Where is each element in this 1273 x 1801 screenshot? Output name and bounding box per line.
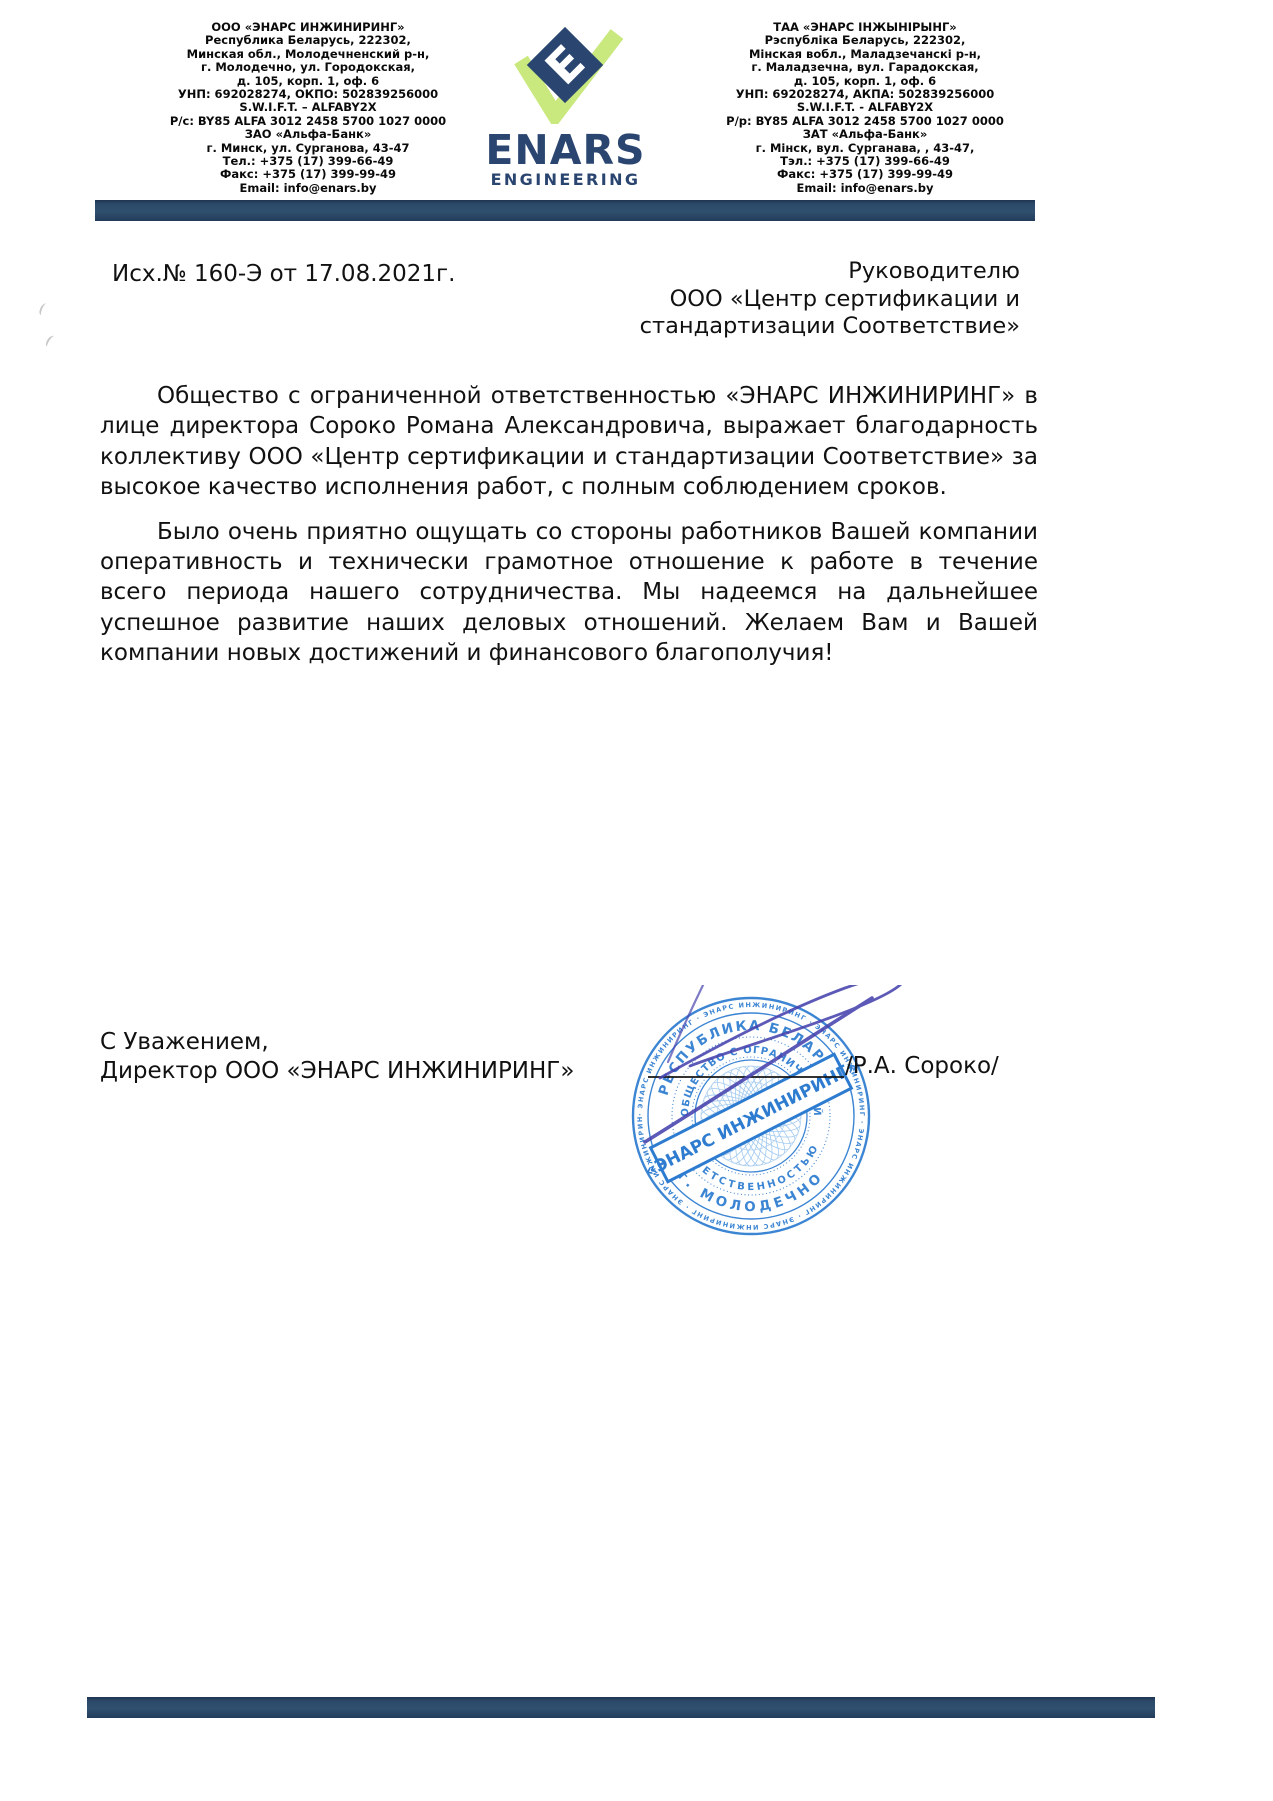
letterhead-line: г. Маладзечна, вул. Гарадокская, xyxy=(700,61,1030,74)
letterhead-line: Рэспубліка Беларусь, 222302, xyxy=(700,34,1030,47)
letterhead-russian-block: ООО «ЭНАРС ИНЖИНИРИНГ» Республика Белару… xyxy=(143,21,473,195)
letterhead-line: Р/с: BY85 ALFA 3012 2458 5700 1027 0000 xyxy=(143,115,473,128)
recipient-org-line: стандартизации Соответствие» xyxy=(623,313,1020,341)
letter-body: Общество с ограниченной ответственностью… xyxy=(100,381,1038,669)
letterhead-line: УНП: 692028274, ОКПО: 502839256000 xyxy=(143,88,473,101)
letterhead-line: д. 105, корп. 1, оф. 6 xyxy=(143,75,473,88)
company-stamp: · ЭНАРС ИНЖИНИРИНГ · ЭНАРС ИНЖИНИРИНГ · … xyxy=(560,985,980,1255)
letterhead-line: г. Минск, ул. Сурганова, 43-47 xyxy=(143,142,473,155)
letterhead-email-ru: Email: info@enars.by xyxy=(143,182,473,195)
company-name-ru: ООО «ЭНАРС ИНЖИНИРИНГ» xyxy=(143,21,473,34)
letterhead-line: д. 105, корп. 1, оф. 6 xyxy=(700,75,1030,88)
letterhead-line: Республика Беларусь, 222302, xyxy=(143,34,473,47)
divider-bar-bottom xyxy=(87,1697,1155,1718)
stamp-rings: · ЭНАРС ИНЖИНИРИНГ · ЭНАРС ИНЖИНИРИНГ · … xyxy=(560,985,869,1234)
logo-subtitle: ENGINEERING xyxy=(478,170,653,190)
scan-artifact xyxy=(38,302,50,317)
company-name-by: ТАА «ЭНАРС ІНЖЫНІРЫНГ» xyxy=(700,21,1030,34)
letterhead-belarusian-block: ТАА «ЭНАРС ІНЖЫНІРЫНГ» Рэспубліка Белару… xyxy=(700,21,1030,195)
letterhead-line: Мінская вобл., Маладзечанскі р-н, xyxy=(700,48,1030,61)
signer-title: Директор ООО «ЭНАРС ИНЖИНИРИНГ» xyxy=(100,1057,574,1086)
letterhead-line: Р/р: BY85 ALFA 3012 2458 5700 1027 0000 xyxy=(700,115,1030,128)
letterhead-email-by: Email: info@enars.by xyxy=(700,182,1030,195)
letterhead-line: ЗАО «Альфа-Банк» xyxy=(143,128,473,141)
paragraph-wishes: Было очень приятно ощущать со стороны ра… xyxy=(100,517,1038,669)
closing-block: С Уважением, Директор ООО «ЭНАРС ИНЖИНИР… xyxy=(100,1028,574,1085)
company-logo: E ENARS ENGINEERING xyxy=(478,14,653,190)
closing-salutation: С Уважением, xyxy=(100,1028,574,1057)
reference-number: Исх.№ 160-Э от 17.08.2021г. xyxy=(112,261,455,287)
letterhead-line: УНП: 692028274, АКПА: 502839256000 xyxy=(700,88,1030,101)
letterhead-line: Тел.: +375 (17) 399-66-49 xyxy=(143,155,473,168)
paragraph-gratitude: Общество с ограниченной ответственностью… xyxy=(100,381,1038,503)
logo-wordmark: ENARS xyxy=(478,130,653,170)
letterhead-line: Факс: +375 (17) 399-99-49 xyxy=(143,168,473,181)
letterhead-line: Тэл.: +375 (17) 399-66-49 xyxy=(700,155,1030,168)
letterhead-line: ЗАТ «Альфа-Банк» xyxy=(700,128,1030,141)
recipient-role: Руководителю xyxy=(623,258,1020,286)
letterhead-line: г. Мінск, вул. Сурганава, , 43-47, xyxy=(700,142,1030,155)
letterhead-line: Факс: +375 (17) 399-99-49 xyxy=(700,168,1030,181)
letterhead-line: г. Молодечно, ул. Городокская, xyxy=(143,61,473,74)
scan-artifact xyxy=(44,334,57,349)
recipient-org-line: ООО «Центр сертификации и xyxy=(623,286,1020,314)
letterhead-line: S.W.I.F.T. – ALFABY2X xyxy=(143,101,473,114)
letter-page: ООО «ЭНАРС ИНЖИНИРИНГ» Республика Белару… xyxy=(0,0,1273,1801)
signer-name: /Р.А. Сороко/ xyxy=(845,1053,999,1079)
recipient-block: Руководителю ООО «Центр сертификации и с… xyxy=(623,258,1020,341)
enars-logo-icon: E xyxy=(491,14,641,124)
letterhead-line: S.W.I.F.T. - ALFABY2X xyxy=(700,101,1030,114)
letterhead-line: Минская обл., Молодечненский р-н, xyxy=(143,48,473,61)
divider-bar-top xyxy=(95,200,1035,221)
